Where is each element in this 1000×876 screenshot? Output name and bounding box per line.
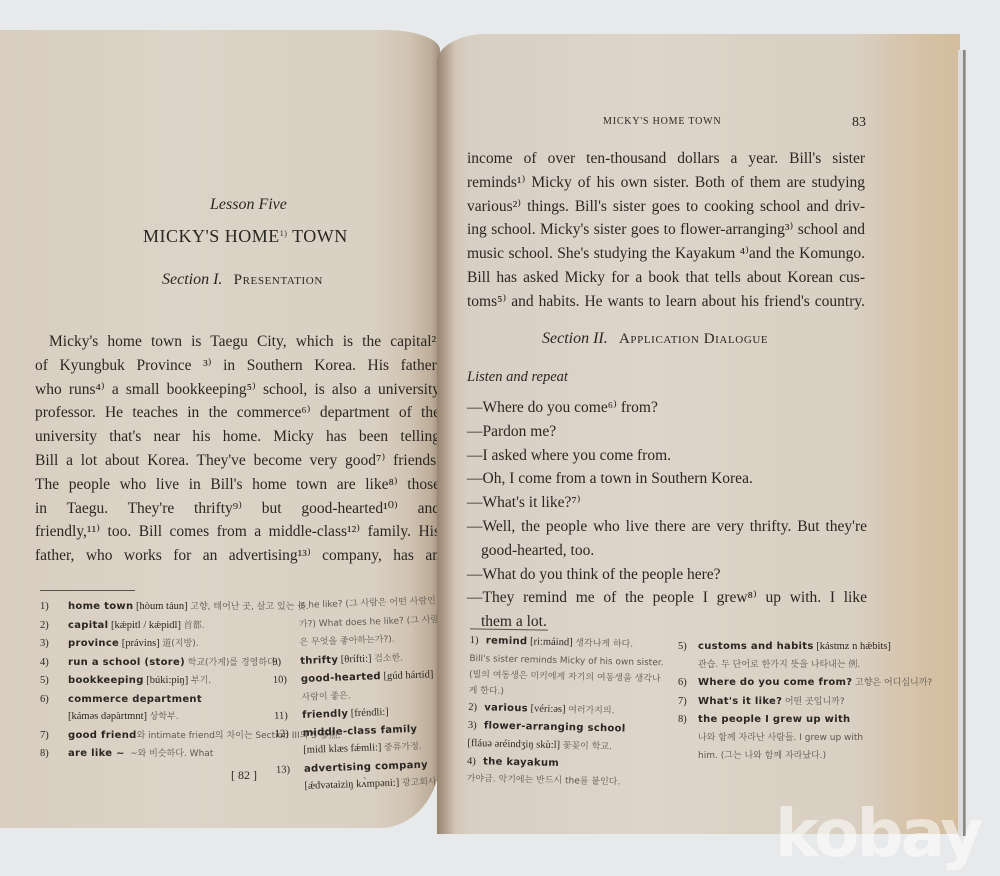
footnote-num: 4) — [467, 753, 483, 771]
footnote-divider — [40, 590, 135, 591]
paragraph-line: music school. She's studying the Kayakum… — [467, 242, 865, 266]
lesson-title-text-end: TOWN — [292, 226, 348, 246]
paragraph-line: income of over ten-thousand dollars a ye… — [467, 147, 865, 171]
footnote-term: home town — [68, 601, 133, 612]
footnote-term: the kayakum — [483, 756, 559, 769]
footnote-term: run a school (store) — [68, 657, 185, 668]
dialogue-line: —Where do you come⁶⁾ from? — [467, 396, 867, 420]
paragraph-line: in Taegu. They're thrifty⁹⁾ but good-hea… — [35, 497, 440, 521]
footnote-gloss: 학교(가게)를 경영하다. — [188, 658, 279, 668]
footnote-num: 3) — [40, 635, 68, 653]
paragraph-line: toms⁵⁾ and habits. He wants to learn abo… — [467, 290, 865, 314]
footnote-term: bookkeeping — [68, 675, 144, 686]
paragraph-line: father, who works for an advertising¹³⁾ … — [35, 544, 440, 568]
paragraph-line: reminds¹⁾ Micky of his own sister. Both … — [467, 171, 865, 195]
footnote-gloss: 상학부. — [150, 712, 179, 722]
paragraph-line: Bill a lot about Korea. They've become v… — [35, 449, 440, 473]
footnote-cont: 나와 함께 자라난 사람들. I grew up with him. (그는 나… — [678, 729, 878, 766]
footnote: 8)the people I grew up with — [678, 711, 878, 729]
footnote-num: 6) — [678, 674, 698, 692]
footnotes-left-col2: is he like? (그 사람은 어떤 사람인가?) What does h… — [270, 592, 452, 797]
paragraph-line: who runs⁴⁾ a small bookkeeping⁵⁾ school,… — [35, 378, 440, 402]
footnote-term: province — [68, 638, 119, 649]
footnote-term: friendly — [302, 708, 348, 721]
footnote-pron: [gúd hártid] — [383, 669, 433, 682]
footnote-num: 11) — [274, 707, 303, 725]
watermark-logo: kobay — [775, 795, 980, 872]
footnote-num: 2) — [468, 698, 484, 716]
dialogue-line: —Well, the people who live there are ver… — [467, 515, 867, 539]
footnote-gloss: 여러가지의. — [568, 705, 615, 716]
footnote-gloss: Bill's sister reminds Micky of his own s… — [469, 653, 664, 696]
paragraph-line: friendly,¹¹⁾ too. Bill comes from a midd… — [35, 520, 440, 544]
section-heading-presentation: Section I. Presentation — [162, 271, 323, 289]
footnote-gloss: 어떤 곳입니까? — [785, 697, 845, 707]
dialogue-line: good-hearted, too. — [467, 539, 867, 563]
footnote-pron: [fláuǝ ǝréindʒiŋ skù:l] — [467, 737, 560, 750]
dialogue: —Where do you come⁶⁾ from? —Pardon me? —… — [467, 396, 867, 634]
footnote-term: remind — [486, 635, 528, 647]
footnote-num: 7) — [40, 727, 68, 745]
footnote-pron: [kámǝs dǝpàrtmnt] — [68, 711, 147, 722]
footnote-num: 5) — [40, 672, 68, 690]
footnote-num: 7) — [678, 693, 698, 711]
footnote-gloss: 관습. 두 단어로 한가지 뜻을 나타내는 例. — [698, 660, 860, 670]
dialogue-line: —Pardon me? — [467, 420, 867, 444]
lesson-title-text: MICKY'S HOME — [143, 226, 280, 246]
page-edge — [958, 50, 966, 836]
footnote-num: 10) — [273, 671, 302, 689]
paragraph-line: The people who live in Bill's home town … — [35, 473, 440, 497]
footnote-num: 2) — [40, 617, 68, 635]
footnote-num: 5) — [678, 638, 698, 656]
footnote-pron: [kástmz n hǽbits] — [816, 641, 891, 652]
footnote-pron: [θrífti:] — [341, 653, 372, 665]
footnote-gloss: 광고회사. — [402, 777, 440, 788]
footnote-num: 13) — [276, 760, 305, 778]
dialogue-line: —I asked where you come from. — [467, 444, 867, 468]
section-number: Section I. — [162, 271, 222, 288]
footnote-gloss: is he like? (그 사람은 어떤 사람인가?) What does h… — [298, 596, 439, 648]
open-book-photo: Lesson Five MICKY'S HOME1) TOWN Section … — [0, 0, 1000, 876]
footnote-term: thrifty — [300, 654, 338, 666]
footnote-gloss: 사람이 좋은. — [301, 691, 351, 703]
paragraph-line: Micky's home town is Taegu City, which i… — [35, 330, 440, 354]
footnote-num: 4) — [40, 654, 68, 672]
presentation-paragraph-continued: income of over ten-thousand dollars a ye… — [467, 147, 865, 314]
presentation-paragraph: Micky's home town is Taegu City, which i… — [35, 330, 440, 568]
dialogue-line: —Oh, I come from a town in Southern Kore… — [467, 467, 867, 491]
footnote-term: are like ~ — [68, 748, 125, 759]
paragraph-line: of Kyungbuk Province ³⁾ in Southern Kore… — [35, 354, 440, 378]
footnote-num: 3) — [468, 717, 484, 735]
section-name: Presentation — [234, 272, 323, 288]
footnote-pron: [véri:ǝs] — [530, 703, 565, 715]
section-number: Section II. — [542, 330, 608, 347]
footnote-gloss: 부기. — [191, 676, 211, 686]
footnotes-right-col2: 5)customs and habits [kástmz n hǽbits] 관… — [678, 638, 878, 766]
footnote-term: various — [484, 702, 528, 714]
footnote-pron: [ǽdvǝtaiziŋ kʌ̀mpǝni:] — [304, 778, 399, 792]
footnote-term: customs and habits — [698, 641, 814, 652]
footnote-term: the people I grew up with — [698, 714, 850, 725]
footnote-gloss: 검소한. — [374, 653, 403, 664]
paragraph-line: Bill has asked Micky for a book that tel… — [467, 266, 865, 290]
footnote-num: 1) — [470, 632, 486, 650]
footnote-pron: [búki:piŋ] — [146, 675, 188, 686]
section-name: Application Dialogue — [619, 331, 768, 347]
footnote: 6)Where do you come from? 고향은 어디십니까? — [678, 674, 878, 693]
footnote-num: 8) — [40, 745, 68, 763]
page-number-right: 83 — [852, 115, 866, 131]
footnote-num: 9) — [272, 652, 301, 670]
footnote-num: 1) — [40, 598, 68, 616]
footnote-cont: is he like? (그 사람은 어떤 사람인가?) What does h… — [270, 592, 447, 654]
footnote-gloss: 고향은 어디십니까? — [855, 678, 932, 688]
footnote-gloss: ~와 비슷하다. What — [130, 749, 213, 759]
footnote-term: advertising company — [304, 759, 428, 774]
footnotes-right-col1: 1)remind [ri:máind] 생각나게 하다. Bill's sist… — [466, 632, 664, 791]
dialogue-line: —What's it like?⁷⁾ — [467, 491, 867, 515]
footnote-gloss: 나와 함께 자라난 사람들. I grew up with him. (그는 나… — [698, 733, 863, 762]
footnote-gloss: 道(지방). — [162, 639, 198, 649]
dialogue-line: —They remind me of the people I grew⁸⁾ u… — [467, 586, 867, 610]
footnote-pron: [midl klæs fǽmli:] — [303, 742, 382, 756]
footnote-num: 6) — [40, 691, 68, 709]
instruction: Listen and repeat — [467, 369, 568, 386]
footnote-term: good friend — [68, 730, 137, 741]
footnote-ref: 1) — [280, 229, 288, 238]
footnote-num: 12) — [274, 724, 303, 742]
footnote-gloss: 가야금. 악기에는 반드시 the를 붙인다. — [467, 773, 621, 786]
footnote-example: Bill's sister reminds Micky of his own s… — [468, 650, 664, 702]
footnote-pron: [ri:máind] — [530, 636, 573, 648]
footnote: 5)customs and habits [kástmz n hǽbits] — [678, 638, 878, 656]
section-heading-dialogue: Section II. Application Dialogue — [542, 330, 768, 348]
paragraph-line: professor. He teaches in the commerce⁶⁾ … — [35, 401, 440, 425]
footnote-term: Where do you come from? — [698, 677, 852, 688]
footnote-cont: 관습. 두 단어로 한가지 뜻을 나타내는 例. — [678, 656, 878, 675]
footnote-gloss: 首都. — [184, 621, 205, 631]
footnote-term: good-hearted — [301, 671, 381, 685]
paragraph-line: ing school. Micky's sister goes to flowe… — [467, 218, 865, 242]
footnote-gloss: 꽃꽂이 학교. — [563, 741, 612, 752]
footnote-term: flower-arranging school — [484, 720, 626, 734]
dialogue-line: —What do you think of the people here? — [467, 563, 867, 587]
paragraph-line: university that's near his home. Micky h… — [35, 425, 440, 449]
running-head: MICKY'S HOME TOWN — [603, 116, 721, 127]
footnote-term: commerce department — [68, 694, 202, 705]
footnote-term: What's it like? — [698, 696, 782, 707]
paragraph-line: various²⁾ things. Bill's sister goes to … — [467, 195, 865, 219]
lesson-title: MICKY'S HOME1) TOWN — [143, 226, 348, 247]
footnote-num: 8) — [678, 711, 698, 729]
footnote-pron: [kǽpitl / kǽpidl] — [111, 620, 181, 631]
footnote-gloss: 중류가정. — [384, 742, 422, 753]
footnote-term: middle-class family — [303, 723, 418, 738]
footnote-gloss: 생각나게 하다. — [575, 638, 633, 649]
footnote-term: capital — [68, 620, 108, 631]
footnote-pron: [fréndli:] — [351, 707, 389, 719]
page-number-left: [ 82 ] — [231, 768, 257, 783]
footnote: 7)What's it like? 어떤 곳입니까? — [678, 693, 878, 712]
dialogue-line: them a lot. — [467, 610, 867, 634]
footnote-pron: [právins] — [122, 638, 160, 649]
footnote-pron: [hòum táun] — [136, 601, 188, 612]
lesson-number: Lesson Five — [210, 196, 287, 214]
